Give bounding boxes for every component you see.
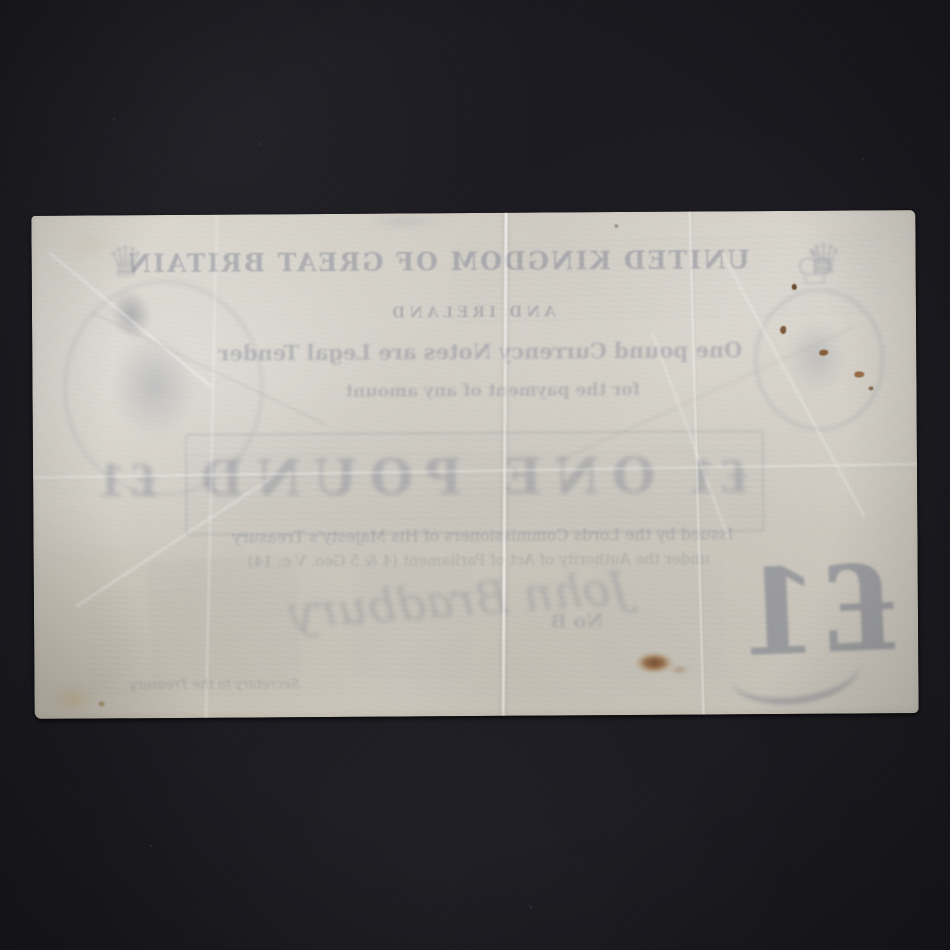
ghost-authority-line: under the Authority of Act of Parliament… bbox=[244, 549, 714, 570]
paper-grain bbox=[31, 210, 918, 719]
diagonal-crease bbox=[75, 479, 268, 607]
ghost-portrait-medallion bbox=[63, 279, 264, 496]
photograph: ♛ ♛ ♔ UNITED KINGDOM OF GREAT BRITAIN AN… bbox=[0, 0, 950, 950]
edge-toning bbox=[61, 233, 121, 255]
ghost-portrait-crown bbox=[93, 271, 170, 358]
crown-ornament-icon: ♛ bbox=[95, 237, 155, 286]
ghost-panel-left-numeral: £1 bbox=[685, 452, 751, 503]
diagonal-crease bbox=[651, 332, 729, 539]
banknote: ♛ ♛ ♔ UNITED KINGDOM OF GREAT BRITAIN AN… bbox=[31, 210, 918, 719]
rust-spot bbox=[780, 326, 786, 334]
center-fold-crease bbox=[502, 210, 508, 719]
rust-spot bbox=[854, 371, 864, 377]
diagonal-crease bbox=[92, 312, 327, 426]
ghost-denomination-numeral: £1 bbox=[749, 538, 905, 683]
cypher-crown-icon: ♔ bbox=[780, 241, 850, 295]
ghost-panel-right-numeral: £1 bbox=[94, 456, 160, 507]
vertical-crease bbox=[204, 210, 218, 719]
ghost-subheadline-text: AND IRELAND bbox=[322, 302, 622, 322]
ghost-payment-text: for the payment of any amount bbox=[292, 380, 692, 403]
rust-spot bbox=[868, 386, 873, 390]
ghost-cypher-medallion bbox=[754, 288, 885, 431]
diagonal-crease bbox=[721, 252, 865, 517]
brown-stain-tail bbox=[666, 664, 692, 676]
ghost-legal-tender-text: One pound Currency Notes are Legal Tende… bbox=[262, 337, 742, 365]
diagonal-crease bbox=[553, 326, 854, 464]
ghost-portrait-bust bbox=[94, 310, 215, 461]
ghost-secretary-line: Secretary to the Treasury bbox=[94, 677, 334, 694]
ghost-center-panel-text: £1 ONE POUND £1 bbox=[195, 445, 750, 508]
ghost-cypher-core bbox=[774, 306, 861, 407]
ghost-ornament-blob bbox=[594, 561, 725, 677]
horizontal-crease bbox=[31, 463, 918, 479]
ghost-center-panel-frame bbox=[185, 430, 765, 536]
ghost-panel-title: ONE POUND bbox=[189, 446, 656, 508]
ghost-headline-text: UNITED KINGDOM OF GREAT BRITAIN bbox=[190, 245, 750, 278]
ghost-ornament-blob bbox=[350, 564, 473, 679]
ghost-signature: John Bradbury bbox=[247, 557, 670, 643]
rust-spot bbox=[819, 350, 828, 356]
small-speck bbox=[99, 701, 105, 706]
vertical-crease bbox=[689, 210, 706, 719]
watermark-striation bbox=[451, 229, 883, 323]
small-speck bbox=[614, 224, 618, 228]
ghost-serial-number: No B bbox=[522, 610, 632, 633]
ghost-denomination-swash bbox=[727, 631, 864, 712]
brown-stain bbox=[634, 652, 674, 674]
corner-toning bbox=[48, 684, 96, 714]
ghost-issued-line: Issued by the Lords Commissioners of His… bbox=[233, 524, 733, 546]
top-edge-shadow bbox=[361, 213, 451, 230]
watermark-striation bbox=[183, 449, 773, 521]
diagonal-crease bbox=[49, 252, 212, 387]
watermark-striation bbox=[89, 590, 869, 696]
ghost-ornament-blob bbox=[147, 557, 302, 685]
rust-spot bbox=[792, 284, 797, 290]
crown-ornament-icon: ♛ bbox=[793, 234, 853, 283]
